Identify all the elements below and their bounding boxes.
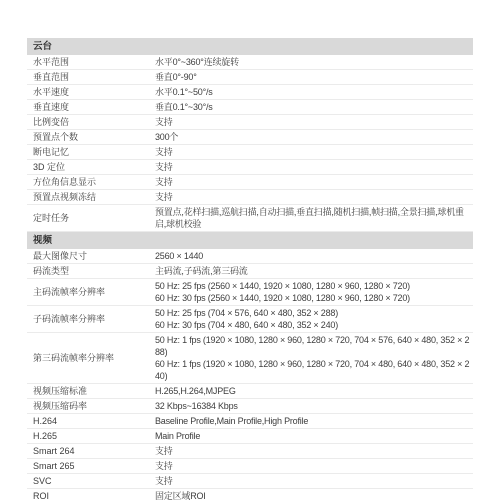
- spec-value-line: 60 Hz: 1 fps (1920 × 1080, 1280 × 960, 1…: [155, 358, 471, 382]
- spec-value: 50 Hz: 1 fps (1920 × 1080, 1280 × 960, 1…: [155, 333, 473, 383]
- spec-value-line: 支持: [155, 161, 471, 173]
- spec-label: 3D 定位: [27, 160, 155, 174]
- spec-row: 第三码流帧率分辨率 50 Hz: 1 fps (1920 × 1080, 128…: [27, 333, 473, 384]
- spec-row: ROI 固定区域ROI: [27, 489, 473, 500]
- spec-row: 方位角信息显示 支持: [27, 175, 473, 190]
- spec-table: 云台 水平范围 水平0°~360°连续旋转 垂直范围 垂直0°-90° 水平速度…: [27, 38, 473, 500]
- spec-value-line: 32 Kbps~16384 Kbps: [155, 400, 471, 412]
- spec-value-line: H.265,H.264,MJPEG: [155, 385, 471, 397]
- spec-value: 50 Hz: 25 fps (704 × 576, 640 × 480, 352…: [155, 306, 473, 332]
- spec-value: 支持: [155, 190, 473, 204]
- spec-row: 预置点视频冻结 支持: [27, 190, 473, 205]
- spec-value-line: 300个: [155, 131, 471, 143]
- spec-value-line: Main Profile: [155, 430, 471, 442]
- spec-section: 视频 最大图像尺寸 2560 × 1440 码流类型 主码流,子码流,第三码流 …: [27, 232, 473, 500]
- spec-value: 32 Kbps~16384 Kbps: [155, 399, 473, 413]
- spec-label: 垂直范围: [27, 70, 155, 84]
- spec-value: 300个: [155, 130, 473, 144]
- spec-value: 支持: [155, 474, 473, 488]
- spec-value-line: 预置点,花样扫描,巡航扫描,自动扫描,垂直扫描,随机扫描,帧扫描,全景扫描,球机…: [155, 206, 471, 230]
- spec-label: H.264: [27, 414, 155, 428]
- spec-value: 水平0.1°~50°/s: [155, 85, 473, 99]
- section-rows: 最大图像尺寸 2560 × 1440 码流类型 主码流,子码流,第三码流 主码流…: [27, 249, 473, 500]
- spec-label: 预置点个数: [27, 130, 155, 144]
- spec-value: 水平0°~360°连续旋转: [155, 55, 473, 69]
- spec-label: SVC: [27, 474, 155, 488]
- spec-value: 支持: [155, 115, 473, 129]
- spec-value-line: 主码流,子码流,第三码流: [155, 265, 471, 277]
- spec-label: ROI: [27, 489, 155, 500]
- spec-value-line: 支持: [155, 176, 471, 188]
- spec-value: 垂直0.1°~30°/s: [155, 100, 473, 114]
- spec-label: Smart 265: [27, 459, 155, 473]
- spec-row: 主码流帧率分辨率 50 Hz: 25 fps (2560 × 1440, 192…: [27, 279, 473, 306]
- spec-label: 视频压缩标准: [27, 384, 155, 398]
- spec-label: 水平范围: [27, 55, 155, 69]
- spec-label: Smart 264: [27, 444, 155, 458]
- spec-value-line: 水平0.1°~50°/s: [155, 86, 471, 98]
- spec-value: 预置点,花样扫描,巡航扫描,自动扫描,垂直扫描,随机扫描,帧扫描,全景扫描,球机…: [155, 205, 473, 231]
- spec-value-line: Baseline Profile,Main Profile,High Profi…: [155, 415, 471, 427]
- spec-label: 定时任务: [27, 211, 155, 225]
- spec-label: 最大图像尺寸: [27, 249, 155, 263]
- spec-value-line: 支持: [155, 460, 471, 472]
- spec-label: 比例变倍: [27, 115, 155, 129]
- spec-section: 云台 水平范围 水平0°~360°连续旋转 垂直范围 垂直0°-90° 水平速度…: [27, 38, 473, 232]
- spec-value: 支持: [155, 459, 473, 473]
- spec-row: 视频压缩标准 H.265,H.264,MJPEG: [27, 384, 473, 399]
- spec-label: 垂直速度: [27, 100, 155, 114]
- spec-value-line: 2560 × 1440: [155, 250, 471, 262]
- spec-value-line: 支持: [155, 445, 471, 457]
- spec-label: 水平速度: [27, 85, 155, 99]
- spec-label: 第三码流帧率分辨率: [27, 351, 155, 365]
- spec-value-line: 60 Hz: 30 fps (704 × 480, 640 × 480, 352…: [155, 319, 471, 331]
- spec-row: Smart 265 支持: [27, 459, 473, 474]
- spec-row: H.265 Main Profile: [27, 429, 473, 444]
- spec-row: Smart 264 支持: [27, 444, 473, 459]
- spec-row: 水平范围 水平0°~360°连续旋转: [27, 55, 473, 70]
- spec-row: 3D 定位 支持: [27, 160, 473, 175]
- spec-value: Baseline Profile,Main Profile,High Profi…: [155, 414, 473, 428]
- spec-value-line: 支持: [155, 191, 471, 203]
- spec-value: 主码流,子码流,第三码流: [155, 264, 473, 278]
- spec-value-line: 60 Hz: 30 fps (2560 × 1440, 1920 × 1080,…: [155, 292, 471, 304]
- spec-value-line: 50 Hz: 25 fps (704 × 576, 640 × 480, 352…: [155, 307, 471, 319]
- spec-value-line: 50 Hz: 25 fps (2560 × 1440, 1920 × 1080,…: [155, 280, 471, 292]
- spec-value-line: 支持: [155, 475, 471, 487]
- spec-value: 垂直0°-90°: [155, 70, 473, 84]
- spec-label: 码流类型: [27, 264, 155, 278]
- spec-value: H.265,H.264,MJPEG: [155, 384, 473, 398]
- section-title: 视频: [27, 232, 473, 249]
- section-rows: 水平范围 水平0°~360°连续旋转 垂直范围 垂直0°-90° 水平速度 水平…: [27, 55, 473, 232]
- spec-value: 2560 × 1440: [155, 249, 473, 263]
- spec-row: 预置点个数 300个: [27, 130, 473, 145]
- spec-label: 视频压缩码率: [27, 399, 155, 413]
- spec-value-line: 垂直0.1°~30°/s: [155, 101, 471, 113]
- spec-label: 方位角信息显示: [27, 175, 155, 189]
- spec-value: Main Profile: [155, 429, 473, 443]
- spec-row: 比例变倍 支持: [27, 115, 473, 130]
- spec-value-line: 50 Hz: 1 fps (1920 × 1080, 1280 × 960, 1…: [155, 334, 471, 358]
- spec-value-line: 支持: [155, 146, 471, 158]
- spec-value-line: 固定区域ROI: [155, 490, 471, 500]
- spec-value-line: 水平0°~360°连续旋转: [155, 56, 471, 68]
- spec-page: 云台 水平范围 水平0°~360°连续旋转 垂直范围 垂直0°-90° 水平速度…: [0, 0, 500, 500]
- spec-value: 固定区域ROI: [155, 489, 473, 500]
- spec-label: 子码流帧率分辨率: [27, 312, 155, 326]
- spec-row: 视频压缩码率 32 Kbps~16384 Kbps: [27, 399, 473, 414]
- spec-label: 断电记忆: [27, 145, 155, 159]
- spec-row: 水平速度 水平0.1°~50°/s: [27, 85, 473, 100]
- spec-label: 主码流帧率分辨率: [27, 285, 155, 299]
- spec-value: 支持: [155, 175, 473, 189]
- spec-value: 支持: [155, 145, 473, 159]
- spec-label: H.265: [27, 429, 155, 443]
- section-title: 云台: [27, 38, 473, 55]
- spec-value-line: 支持: [155, 116, 471, 128]
- spec-row: 子码流帧率分辨率 50 Hz: 25 fps (704 × 576, 640 ×…: [27, 306, 473, 333]
- spec-row: 断电记忆 支持: [27, 145, 473, 160]
- spec-row: 码流类型 主码流,子码流,第三码流: [27, 264, 473, 279]
- spec-value-line: 垂直0°-90°: [155, 71, 471, 83]
- spec-row: 垂直范围 垂直0°-90°: [27, 70, 473, 85]
- spec-row: 定时任务 预置点,花样扫描,巡航扫描,自动扫描,垂直扫描,随机扫描,帧扫描,全景…: [27, 205, 473, 232]
- spec-row: 垂直速度 垂直0.1°~30°/s: [27, 100, 473, 115]
- spec-value: 50 Hz: 25 fps (2560 × 1440, 1920 × 1080,…: [155, 279, 473, 305]
- spec-row: SVC 支持: [27, 474, 473, 489]
- spec-value: 支持: [155, 444, 473, 458]
- spec-label: 预置点视频冻结: [27, 190, 155, 204]
- spec-value: 支持: [155, 160, 473, 174]
- spec-row: H.264 Baseline Profile,Main Profile,High…: [27, 414, 473, 429]
- spec-row: 最大图像尺寸 2560 × 1440: [27, 249, 473, 264]
